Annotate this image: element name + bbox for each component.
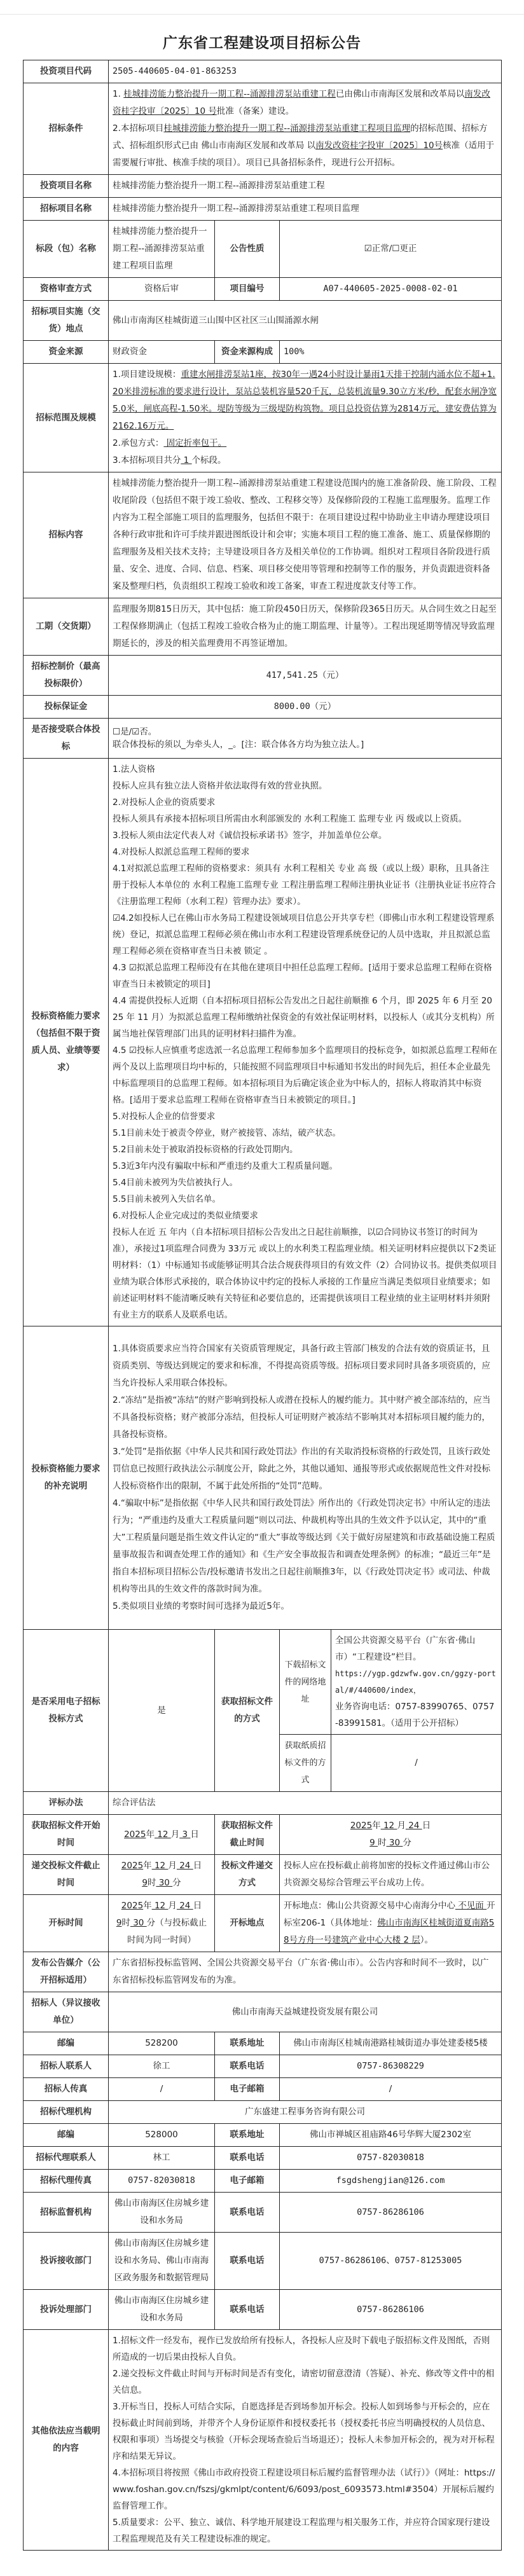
text: 南发改资桂字投审〔2025〕10号	[315, 141, 443, 151]
phone-value: 0757-86286106	[280, 2290, 502, 2330]
label: 投标保证金	[24, 696, 109, 719]
scope-1: 1.项目建设规模：重建水闸排涝泵站1座，按30年一遇24小时设计暴雨1天排干控制…	[113, 366, 497, 435]
label: 联系电话	[215, 2055, 280, 2078]
row-obtain-time: 获取招标文件开始时间 2025年 12 月 3 日 获取招标文件截止时间 202…	[24, 1815, 502, 1855]
text: 2.本招标项目	[113, 123, 163, 134]
text: 已由佛山市南海区发展和改革局以	[336, 89, 465, 99]
row-tenderer-contact: 招标人联系人 徐工 联系电话 0757-86308229	[24, 2055, 502, 2078]
other-line: 2.递交投标文件截止时间与开标时间是否有变化，请密切留意澄清（答疑）、补充、修改…	[113, 2366, 497, 2399]
consortium-value: ☐是/☑否。 联合体投标的须以_为牵头人，_。[注：联合体各方均为独立法人。]	[109, 719, 502, 759]
notice-nature-checkbox: ☑正常/☐更正	[280, 221, 502, 278]
text: 桂城排涝能力整治提升一期工程--涌源排涝泵站重建工程项目监理	[163, 123, 410, 134]
row-tenderer-fax: 招标人传真 / 电子邮箱 /	[24, 2078, 502, 2101]
label: 资格审查方式	[24, 278, 109, 301]
complaint-receive-value: 佛山市南海区住房城乡建设和水务局、佛山市南海区政务服务和数据管理局	[109, 2233, 215, 2290]
row-agency: 招标代理机构 广东盛建工程事务咨询有限公司	[24, 2101, 502, 2124]
row-supervision: 招标监督机构 佛山市南海区住房城乡建设和水务局 联系电话 0757-862861…	[24, 2193, 502, 2233]
hour: 9	[142, 1878, 148, 1888]
year: 2025	[121, 1861, 143, 1871]
day: 24	[406, 1821, 422, 1831]
agency-value: 广东盛建工程事务咨询有限公司	[109, 2101, 502, 2124]
address-value: 佛山市南海区桂城南港路桂城街道办事处建委楼5楼	[280, 2032, 502, 2055]
supp-line: 2.“冻结”是指被“冻结”的财产影响到投标人或潜在投标人的履约能力。其中财产被全…	[113, 1392, 497, 1443]
label: 公告性质	[215, 221, 280, 278]
req-line: 4.5 ☑投标人应慎重考虑选派一名总监理工程师参加多个监理项目的投标竞争，如拟派…	[113, 1042, 497, 1108]
label: 招标监督机构	[24, 2193, 109, 2233]
row-submit: 递交投标文件截止时间 2025年 12 月 24 日 9时 30 分 投标文件递…	[24, 1855, 502, 1895]
row-requirements: 投标资格能力要求（包括但不限于资质人员、业绩等要求） 1.法人资格 投标人应具有…	[24, 759, 502, 1326]
text: ）。	[420, 1935, 433, 1945]
other-line: 1.招标文件一经发布，视作已发放给所有投标人，各投标人应及时下载电子版招标文件及…	[113, 2332, 497, 2366]
row-deposit: 投标保证金 8000.00（元）	[24, 696, 502, 719]
download-link[interactable]: https://ygp.gdzwfw.gov.cn/ggzy-portal/#/…	[335, 1665, 497, 1698]
label: 招标人（异议接收单位）	[24, 1992, 109, 2032]
label: 投标资格能力要求的补充说明	[24, 1326, 109, 1630]
label: 招标控制价（最高投标限价）	[24, 656, 109, 696]
complaint-handle-value: 佛山市南海区住房城乡建设和水务局	[109, 2290, 215, 2330]
label: 联系地址	[215, 2032, 280, 2055]
fax-value: /	[109, 2078, 215, 2101]
platform-name: 全国公共资源交易平台（广东省·佛山市）“工程建设”栏目。	[335, 1632, 497, 1665]
address-value: 佛山市禅城区祖庙路46号华辉大厦2302室	[280, 2124, 502, 2147]
month: 12	[155, 1829, 171, 1840]
row-period: 工期（交货期） 监理服务期815日历天，其中包括：施工阶段450日历天，保修阶段…	[24, 598, 502, 656]
other-line: 3.开标当日，投标人可结合实际，自愿选择是否到场参加开标会。投标人如到场参与开标…	[113, 2399, 497, 2465]
condition-2: 2.本招标项目桂城排涝能力整治提升一期工程--涌源排涝泵站重建工程项目监理的招标…	[113, 120, 497, 172]
req-line: 投标人在近 五 年内（自本招标项目招标公告发出之日起往前顺推，以☑合同协议书签订…	[113, 1224, 497, 1323]
year: 2025	[121, 1901, 143, 1911]
row-qualification: 资格审查方式 资格后审 项目编号 A07-440605-2025-0008-02…	[24, 278, 502, 301]
label: 资金来源构成	[215, 341, 280, 364]
month: 12	[152, 1861, 169, 1871]
day: 24	[177, 1901, 193, 1911]
text: 批准（备案）建设。	[217, 106, 294, 116]
label: 招标代理联系人	[24, 2147, 109, 2170]
req-line: 5.5目前未被列入失信名单。	[113, 1191, 497, 1208]
req-line: 2.对投标人企业的资质要求	[113, 794, 497, 811]
row-invest-name: 投资项目名称 桂城排涝能力整治提升一期工程--涌源排涝泵站重建工程	[24, 175, 502, 198]
text: 个标段。	[192, 455, 226, 465]
label: 邮编	[24, 2032, 109, 2055]
label: 投标文件递交方式	[215, 1855, 280, 1895]
label: 联系电话	[215, 2193, 280, 2233]
label: 投资项目名称	[24, 175, 109, 198]
tender-name-value: 桂城排涝能力整治提升一期工程--涌源排涝泵站重建工程项目监理	[109, 198, 502, 221]
deposit-value: 8000.00（元）	[109, 696, 502, 719]
text: 桂城排涝能力整治提升一期工程--涌源排涝泵站重建工程	[123, 89, 336, 99]
req-line: 投标人须具有承接本招标项目所需由水利部颁发的 水利工程施工 监理专业 丙 级或以…	[113, 811, 497, 827]
submit-method-value: 投标人应在投标截止前将加密的投标文件通过佛山市公共资源交易综合管理云平台成功上传…	[280, 1855, 502, 1895]
req-line: 5.对投标人企业的信誉要求	[113, 1108, 497, 1125]
minute: 30	[387, 1838, 403, 1848]
row-section: 标段（包）名称 桂城排涝能力整治提升一期工程--涌源排涝泵站重建工程项目监理 公…	[24, 221, 502, 278]
row-supplement: 投标资格能力要求的补充说明 1.具体资质要求应当符合国家有关资质管理规定，具备行…	[24, 1326, 502, 1630]
text: 1.	[113, 89, 123, 99]
req-line: ☑4.2如投标人已在佛山市水务局工程建设领域项目信息公开共享专栏（即佛山市水利工…	[113, 910, 497, 960]
label: 获取招标文件的方式	[215, 1630, 280, 1792]
phone-value: 0757-86286106	[280, 2193, 502, 2233]
supplement-value: 1.具体资质要求应当符合国家有关资质管理规定，具备行政主管部门核发的合法有效的资…	[109, 1326, 502, 1630]
label: 资金来源	[24, 341, 109, 364]
consortium-note: 联合体投标的须以_为牵头人，_。[注：联合体各方均为独立法人。]	[113, 738, 497, 751]
text: 1.项目建设规模：	[113, 369, 181, 380]
submit-deadline-value: 2025年 12 月 24 日 9时 30 分	[109, 1855, 215, 1895]
label: 招标人传真	[24, 2078, 109, 2101]
req-line: 4.对投标人拟派总监理工程师的要求	[113, 844, 497, 860]
postcode-value: 528000	[109, 2124, 215, 2147]
row-agency-contact: 招标代理联系人 林工 联系电话 0757-82030818	[24, 2147, 502, 2170]
req-line: 投标人应具有独立法人资格并依法取得有效的营业执照。	[113, 778, 497, 794]
label: 招标代理传真	[24, 2170, 109, 2193]
funding-value: 财政资金	[109, 341, 215, 364]
text: 不见面	[455, 1901, 486, 1911]
req-line: 5.4目前未被列为失信被执行人。	[113, 1174, 497, 1191]
label: 投标资格能力要求（包括但不限于资质人员、业绩等要求）	[24, 759, 109, 1326]
label: 联系电话	[215, 2147, 280, 2170]
label: 招标代理机构	[24, 2101, 109, 2124]
hour: 9	[116, 1918, 122, 1928]
row-tenderer: 招标人（异议接收单位） 佛山市南海天益城建投资发展有限公司	[24, 1992, 502, 2032]
supp-line: 1.具体资质要求应当符合国家有关资质管理规定，具备行政主管部门核发的合法有效的资…	[113, 1340, 497, 1392]
hour: 9	[369, 1838, 378, 1848]
label: 招标项目实施（交货）地点	[24, 301, 109, 341]
invest-name-value: 桂城排涝能力整治提升一期工程--涌源排涝泵站重建工程	[109, 175, 502, 198]
minute: 30	[156, 1878, 172, 1888]
phone-value: 0757-86308229	[280, 2055, 502, 2078]
req-line: 5.1目前未处于被责令停业，财产被接管、冻结，破产状态。	[113, 1125, 497, 1141]
download-address: 全国公共资源交易平台（广东省·佛山市）“工程建设”栏目。 https://ygp…	[331, 1630, 502, 1735]
fax-value: 0757-82030818	[109, 2170, 215, 2193]
supp-line: 5.类似项目业绩的考察时间可选择为最近5年。	[113, 1598, 497, 1615]
row-media: 发布公告媒介（公开招标适用） 广东省招标投标监管网、全国公共资源交易平台（广东省…	[24, 1952, 502, 1992]
req-line: 4.3 ☑拟派总监理工程师没有在其他在建项目中担任总监理工程师。[适用于要求总监…	[113, 960, 497, 993]
text: 开标地点：佛山公共资源交易中心南海分中心	[284, 1901, 455, 1911]
label: 递交投标文件截止时间	[24, 1855, 109, 1895]
month: 12	[381, 1821, 397, 1831]
location-value: 佛山市南海区桂城街道三山围中区社区三山围涌源水闸	[109, 301, 502, 341]
scope-3: 3.本招标项目共分 1 个标段。	[113, 452, 497, 469]
label: 获取纸质招标文件的方式	[280, 1735, 331, 1792]
other-value: 1.招标文件一经发布，视作已发放给所有投标人，各投标人应及时下载电子版招标文件及…	[109, 2330, 502, 2551]
funding-ratio-value: 100%	[280, 341, 502, 364]
supp-line: 4.“骗取中标”是指依据《中华人民共和国行政处罚法》所作出的《行政处罚决定书》中…	[113, 1495, 497, 1598]
page-title: 广东省工程建设项目招标公告	[0, 31, 524, 52]
opening-place-value: 开标地点：佛山公共资源交易中心南海分中心 不见面 开标室206-1（具体地址：佛…	[280, 1895, 502, 1952]
row-control-price: 招标控制价（最高投标限价） 417,541.25（元）	[24, 656, 502, 696]
opening-time-value: 2025年 12 月 24 日 9时 30 分（与投标截止时间为同一时间）	[109, 1895, 215, 1952]
row-other: 其他依法应当载明的内容 1.招标文件一经发布，视作已发放给所有投标人，各投标人应…	[24, 2330, 502, 2551]
email-link[interactable]: fsgdshengjian@126.com	[280, 2170, 502, 2193]
postcode-value: 528200	[109, 2032, 215, 2055]
req-line: 3.投标人须由法定代表人对《诚信投标承诺书》签字，并加盖单位公章。	[113, 827, 497, 844]
row-opening: 开标时间 2025年 12 月 24 日 9时 30 分（与投标截止时间为同一时…	[24, 1895, 502, 1952]
year: 2025	[350, 1821, 372, 1831]
row-complaint-handle: 投诉处理部门 佛山市南海区住房城乡建设和水务局 联系电话 0757-862861…	[24, 2290, 502, 2330]
phone-value: 0757-86286106、0757-81253005	[280, 2233, 502, 2290]
label: 发布公告媒介（公开招标适用）	[24, 1952, 109, 1992]
label: 获取招标文件开始时间	[24, 1815, 109, 1855]
email-value: /	[280, 2078, 502, 2101]
label: 评标办法	[24, 1792, 109, 1815]
obtain-start-value: 2025年 12 月 3 日	[109, 1815, 215, 1855]
tenderer-value: 佛山市南海天益城建投资发展有限公司	[109, 1992, 502, 2032]
label: 电子邮箱	[215, 2078, 280, 2101]
label: 投诉接收部门	[24, 2233, 109, 2290]
label: 联系地址	[215, 2124, 280, 2147]
label: 投诉处理部门	[24, 2290, 109, 2330]
label: 下载招标文件的网络地址	[280, 1630, 331, 1735]
control-price-value: 417,541.25（元）	[109, 656, 502, 696]
row-content: 招标内容 桂城排涝能力整治提升一期工程--涌源排涝泵站重建工程建设范围内的施工准…	[24, 472, 502, 598]
label: 开标地点	[215, 1895, 280, 1952]
row-tenderer-post: 邮编 528200 联系地址 佛山市南海区桂城南港路桂城街道办事处建委楼5楼	[24, 2032, 502, 2055]
scope-value: 1.项目建设规模：重建水闸排涝泵站1座，按30年一遇24小时设计暴雨1天排干控制…	[109, 364, 502, 472]
electronic-value: 是	[109, 1630, 215, 1792]
consult-phone: 业务咨询电话：0757-83990765、0757-83991581。（适用于公…	[335, 1698, 497, 1732]
day: 3	[179, 1829, 190, 1840]
top-divider	[0, 0, 524, 15]
label: 获取招标文件截止时间	[215, 1815, 280, 1855]
text: 固定折率包干。	[163, 438, 226, 448]
project-code-value: A07-440605-2025-0008-02-01	[280, 278, 502, 301]
content-value: 桂城排涝能力整治提升一期工程--涌源排涝泵站重建工程建设范围内的施工准备阶段、施…	[109, 472, 502, 598]
label: 投资项目代码	[24, 60, 109, 83]
phone-value: 0757-82030818	[280, 2147, 502, 2170]
condition-1: 1. 桂城排涝能力整治提升一期工程--涌源排涝泵站重建工程已由佛山市南海区发展和…	[113, 86, 497, 120]
label: 招标内容	[24, 472, 109, 598]
period-value: 监理服务期815日历天，其中包括：施工阶段450日历天，保修阶段365日历天。从…	[109, 598, 502, 656]
other-line: 5.质量要求：公平、独立、诚信、科学地开展建设工程监理与相关服务工作，并应符合国…	[113, 2514, 497, 2547]
label: 项目编号	[215, 278, 280, 301]
row-method: 评标办法 综合评估法	[24, 1792, 502, 1815]
row-consortium: 是否接受联合体投标 ☐是/☑否。 联合体投标的须以_为牵头人，_。[注：联合体各…	[24, 719, 502, 759]
month: 12	[152, 1901, 169, 1911]
req-line: 5.2目前未处于被取消投标资格的行政处罚期内。	[113, 1141, 497, 1158]
req-line: 5.3近3年内没有骗取中标和严重违约及重大工程质量问题。	[113, 1158, 497, 1174]
label: 工期（交货期）	[24, 598, 109, 656]
day: 24	[177, 1861, 193, 1871]
tender-notice-table: 投资项目代码 2505-440605-04-01-863253 招标条件 1. …	[23, 60, 502, 2551]
supervision-value: 佛山市南海区住房城乡建设和水务局	[109, 2193, 215, 2233]
label: 招标人联系人	[24, 2055, 109, 2078]
label: 招标范围及规模	[24, 364, 109, 472]
req-line: 4.1对拟派总监理工程师的资格要求：须具有 水利工程相关 专业 高 级（或以上级…	[113, 860, 497, 910]
label: 招标项目名称	[24, 198, 109, 221]
row-tender-name: 招标项目名称 桂城排涝能力整治提升一期工程--涌源排涝泵站重建工程项目监理	[24, 198, 502, 221]
row-conditions: 招标条件 1. 桂城排涝能力整治提升一期工程--涌源排涝泵站重建工程已由佛山市南…	[24, 83, 502, 175]
label: 邮编	[24, 2124, 109, 2147]
contact-value: 林工	[109, 2147, 215, 2170]
label: 其他依法应当载明的内容	[24, 2330, 109, 2551]
row-invest-code: 投资项目代码 2505-440605-04-01-863253	[24, 60, 502, 83]
row-complaint-receive: 投诉接收部门 佛山市南海区住房城乡建设和水务局、佛山市南海区政务服务和数据管理局…	[24, 2233, 502, 2290]
minute: 30	[130, 1918, 147, 1928]
label: 标段（包）名称	[24, 221, 109, 278]
text: 3.本招标项目共分	[113, 455, 181, 465]
media-value: 广东省招标投标监管网、全国公共资源交易平台（广东省·佛山市）。公告内容和时间不一…	[109, 1952, 502, 1992]
label: 电子邮箱	[215, 2170, 280, 2193]
requirements-value: 1.法人资格 投标人应具有独立法人资格并依法取得有效的营业执照。 2.对投标人企…	[109, 759, 502, 1326]
row-scope: 招标范围及规模 1.项目建设规模：重建水闸排涝泵站1座，按30年一遇24小时设计…	[24, 364, 502, 472]
method-value: 综合评估法	[109, 1792, 502, 1815]
consortium-choice: ☐是/☑否。	[113, 726, 497, 738]
req-line: 1.法人资格	[113, 761, 497, 778]
supp-line: 3.“处罚”是指依据《中华人民共和国行政处罚法》作出的有关取消投标资格的行政处罚…	[113, 1443, 497, 1495]
other-line: 4.本招标项目将按照《佛山市政府投资工程建设项目标后履约监督管理办法（试行）》（…	[113, 2465, 497, 2514]
paper-method-value: /	[331, 1735, 502, 1792]
row-agency-post: 邮编 528000 联系地址 佛山市禅城区祖庙路46号华辉大厦2302室	[24, 2124, 502, 2147]
scope-2: 2.承包方式： 固定折率包干。	[113, 435, 497, 452]
row-agency-fax: 招标代理传真 0757-82030818 电子邮箱 fsgdshengjian@…	[24, 2170, 502, 2193]
label: 是否接受联合体投标	[24, 719, 109, 759]
conditions-value: 1. 桂城排涝能力整治提升一期工程--涌源排涝泵站重建工程已由佛山市南海区发展和…	[109, 83, 502, 175]
obtain-end-value: 2025年 12 月 24 日 9 时 30 分	[280, 1815, 502, 1855]
req-line: 6.对投标人企业完成过的类似业绩要求	[113, 1208, 497, 1224]
bottom-spacer	[0, 2551, 524, 2576]
qualification-value: 资格后审	[109, 278, 215, 301]
invest-code-value: 2505-440605-04-01-863253	[109, 60, 502, 83]
contact-value: 徐工	[109, 2055, 215, 2078]
text: 2.承包方式：	[113, 438, 163, 448]
section-value: 桂城排涝能力整治提升一期工程--涌源排涝泵站重建工程项目监理	[109, 221, 215, 278]
year: 2025	[124, 1829, 146, 1840]
label: 联系电话	[215, 2290, 280, 2330]
row-funding: 资金来源 财政资金 资金来源构成 100%	[24, 341, 502, 364]
label: 联系电话	[215, 2233, 280, 2290]
label: 招标条件	[24, 83, 109, 175]
text: 1	[181, 455, 191, 465]
label: 开标时间	[24, 1895, 109, 1952]
label: 是否采用电子招标投标方式	[24, 1630, 109, 1792]
row-electronic-1: 是否采用电子招标投标方式 是 获取招标文件的方式 下载招标文件的网络地址 全国公…	[24, 1630, 502, 1735]
row-location: 招标项目实施（交货）地点 佛山市南海区桂城街道三山围中区社区三山围涌源水闸	[24, 301, 502, 341]
req-line: 4.4 需提供投标人近期（自本招标项目招标公告发出之日起往前顺推 6 个月，即 …	[113, 993, 497, 1042]
